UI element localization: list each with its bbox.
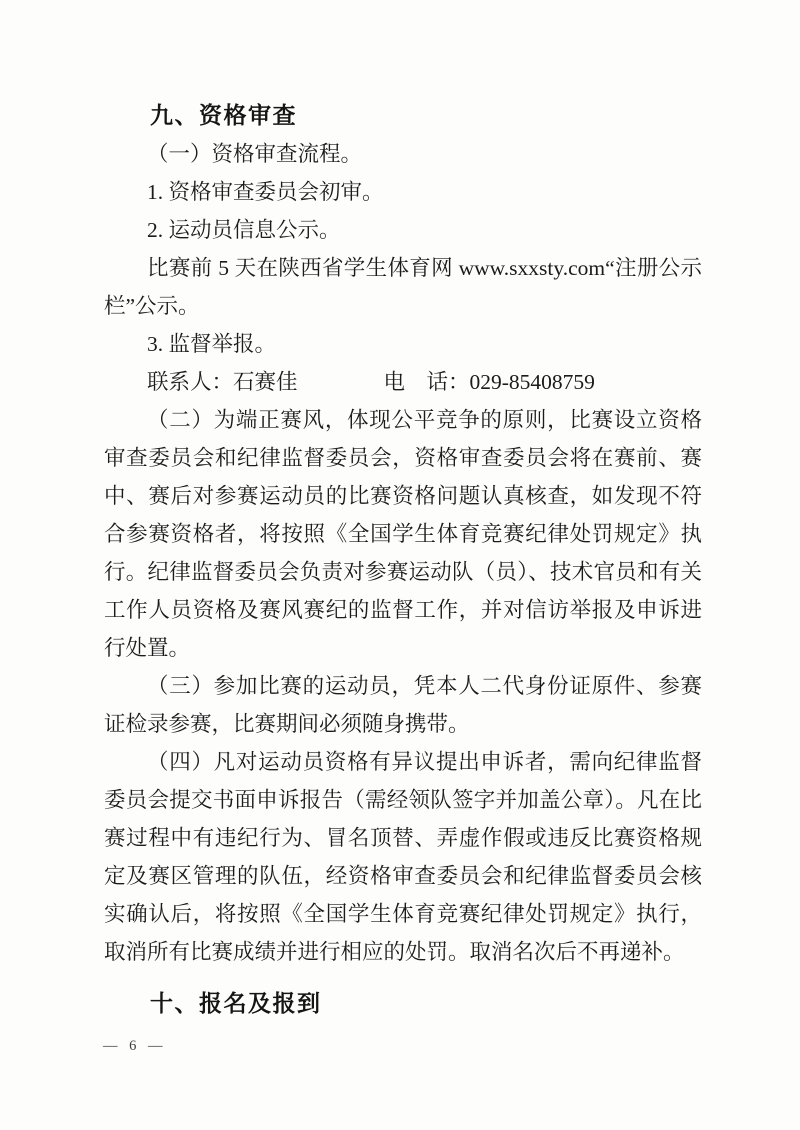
- paragraph-step-2-athlete-info-publicity: 2. 运动员信息公示。: [104, 211, 702, 249]
- paragraph-review-process: （一）资格审查流程。: [104, 135, 702, 173]
- paragraph-contact-info: 联系人：石赛佳 电 话：029-85408759: [104, 363, 702, 401]
- document-page: 九、资格审查 （一）资格审查流程。 1. 资格审查委员会初审。 2. 运动员信息…: [0, 0, 800, 1130]
- section-heading-qualification-review: 九、资格审查: [104, 95, 702, 135]
- paragraph-fair-play-committees: （二）为端正赛风，体现公平竞争的原则，比赛设立资格审查委员会和纪律监督委员会，资…: [104, 401, 702, 667]
- page-number: — 6 —: [103, 1038, 167, 1055]
- paragraph-step-1-initial-review: 1. 资格审查委员会初审。: [104, 173, 702, 211]
- paragraph-step-3-supervision-report: 3. 监督举报。: [104, 325, 702, 363]
- section-heading-registration: 十、报名及报到: [104, 983, 702, 1023]
- paragraph-appeal-and-penalty: （四）凡对运动员资格有异议提出申诉者，需向纪律监督委员会提交书面申诉报告（需经领…: [104, 743, 702, 971]
- paragraph-id-card-requirement: （三）参加比赛的运动员，凭本人二代身份证原件、参赛证检录参赛，比赛期间必须随身携…: [104, 667, 702, 743]
- paragraph-publicity-website: 比赛前 5 天在陕西省学生体育网 www.sxxsty.com“注册公示栏”公示…: [104, 249, 702, 325]
